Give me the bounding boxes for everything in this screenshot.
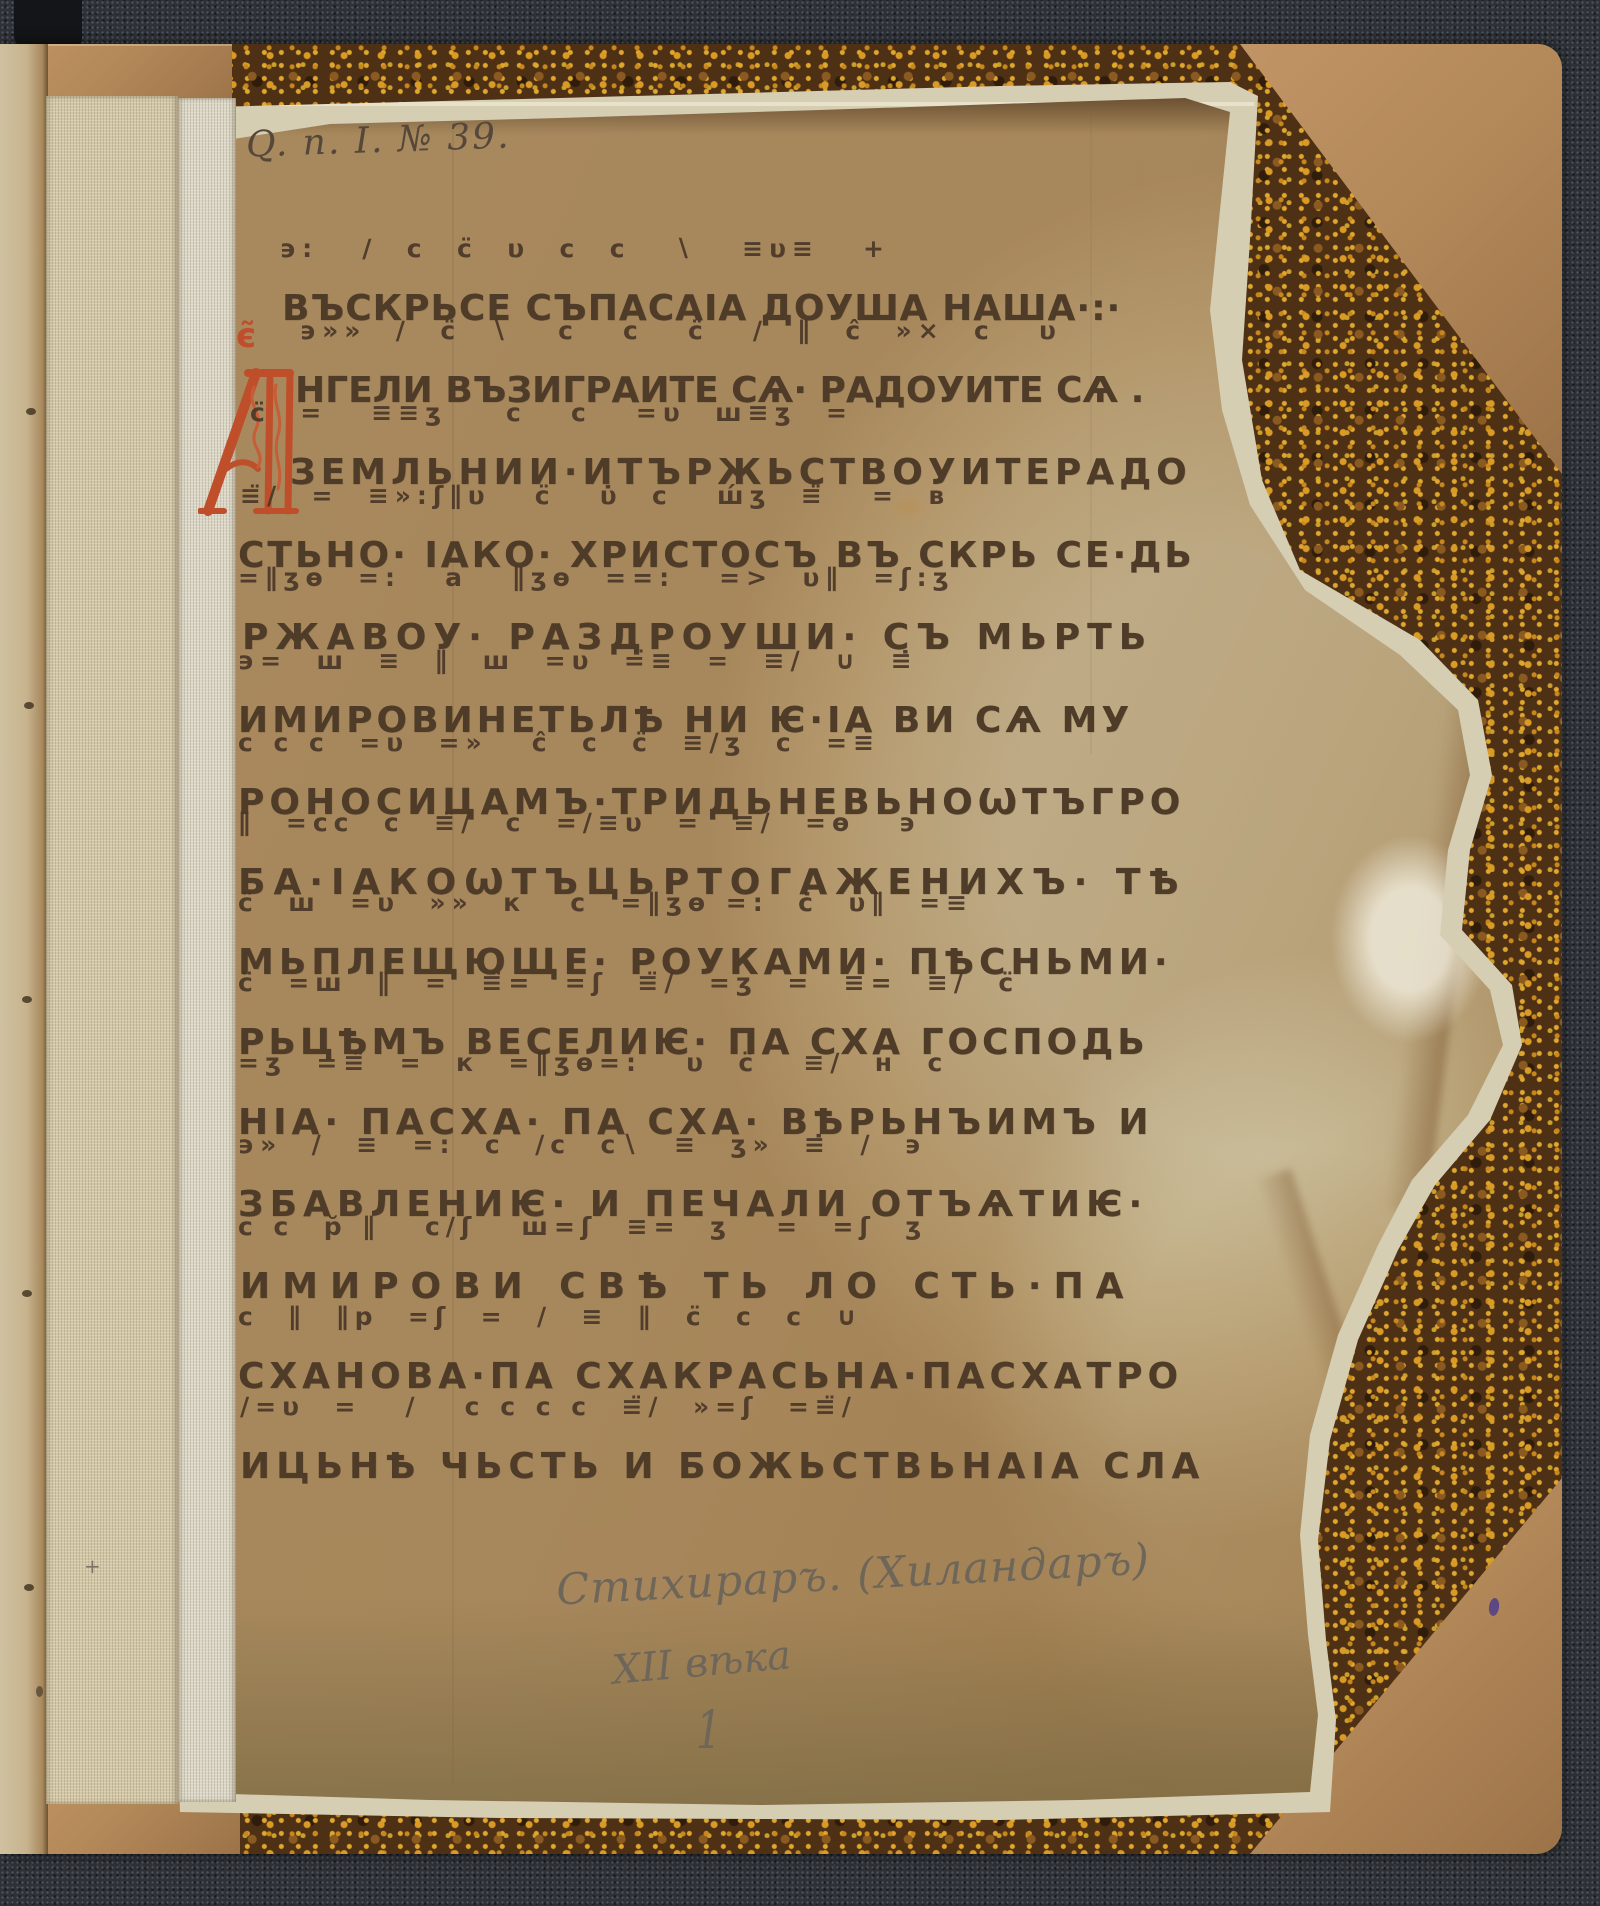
crease-line [1090, 114, 1092, 754]
neume-row: ϲ ϲ ϲ =υ =» ϲ̂ ϲ ϲ̈ ≡∕ʒ ϲ =≡ [238, 728, 880, 757]
neume-row: ϶= ш ≡ ∥ ш =υ =̈≡ = ≡∕ ∪ ≡̇ [238, 646, 918, 675]
sewing-hole [26, 408, 36, 415]
neume-row: ϲ̈ ш =υ »» к ϲ =∥ʒѳ =: ϲ̇ υ∥ =≡ [238, 888, 973, 917]
cloth-hinge-strip-light [178, 98, 236, 1802]
leather-spine [0, 44, 48, 1854]
neume-row: ∥ =ϲϲ ϲ ≡̈∕ ϲ =∕≡υ = ≡∕ =ѳ ϶ [238, 808, 921, 837]
sewing-hole [22, 996, 32, 1003]
text-line: ИЦЬНѢ ЧЬСТЬ И БОЖЬСТВЬНАІА СЛА [240, 1446, 1205, 1487]
rubric-marginal-mark: є̃ [236, 316, 256, 356]
neume-row: =ʒ =≡̈ = к =∥ʒѳ=: υ ϲ̈ ≡∕ н ϲ [238, 1048, 948, 1077]
neume-row: ϶»» ∕ ϲ̈ ∖ ϲ ϲ ϲ̈ ∕ ∥ ϲ̂ »× ϲ υ [300, 316, 1062, 345]
neume-row: ∕=υ = ∕ ϲ ϲ ϲ ϲ ≡̈∕ »=ʃ =≡̈∕ [240, 1392, 857, 1421]
sewing-hole [22, 1290, 32, 1297]
pencil-cross-mark: + [84, 1554, 101, 1578]
neume-row: ϲ̈ = ≡≡ʒ ϲ ϲ =υ ш≡ʒ = [250, 398, 853, 427]
text-line: ИМИРОВИ СВѢ ТЬ ЛО СТЬ·ПА [240, 1266, 1135, 1307]
neume-row: ϲ̈ =ш ∥ = ≡̈= =ʃ ≡̈∕ =ʒ = ≡= ≡∕ ϲ̈ [238, 968, 1019, 997]
neume-row: ϲ ∥ ∥р =ʃ = ∕ ≡ ∥ ϲ̈ ϲ ϲ ∪ [238, 1302, 863, 1331]
neume-row: ϶» ∕ ≡ =: ϲ ∕ϲ ϲ∖ ≡ ʒ» ≡̇ ∕ ϶ [238, 1130, 927, 1159]
cloth-hinge-strip [46, 96, 178, 1804]
text-line: СХАНОВА·ПА СХАКРАСЬНА·ПАСХАТРО [238, 1356, 1183, 1397]
neume-row: ϶: ∕ ϲ ϲ̈ υ ϲ ϲ ∖ ≡υ≡ + [280, 234, 890, 263]
neume-row: =∥ʒѳ =: а ∥ʒѳ ==: => υ∥ =ʃ:ʒ [238, 563, 955, 592]
sewing-hole [24, 1584, 34, 1591]
neume-row: ≡̈∕ = ≡»:ʃ∥υ ϲ̈ υ̇ ϲ ш́ʒ ≡̈ = в [240, 481, 950, 510]
sewing-hole [24, 702, 34, 709]
ink-smudge [36, 1686, 43, 1697]
pencil-number: 1 [696, 1701, 721, 1761]
neume-row: ϲ ϲ р̆ ∥ ϲ∕ʃ ш=ʃ ≡= ʒ = =ʃ ʒ [238, 1212, 927, 1241]
manuscript-photograph: Q. п. I. № 39. є̃ ϶: ∕ ϲ ϲ̈ υ ϲ ϲ ∖ ≡υ≡ … [0, 0, 1600, 1906]
